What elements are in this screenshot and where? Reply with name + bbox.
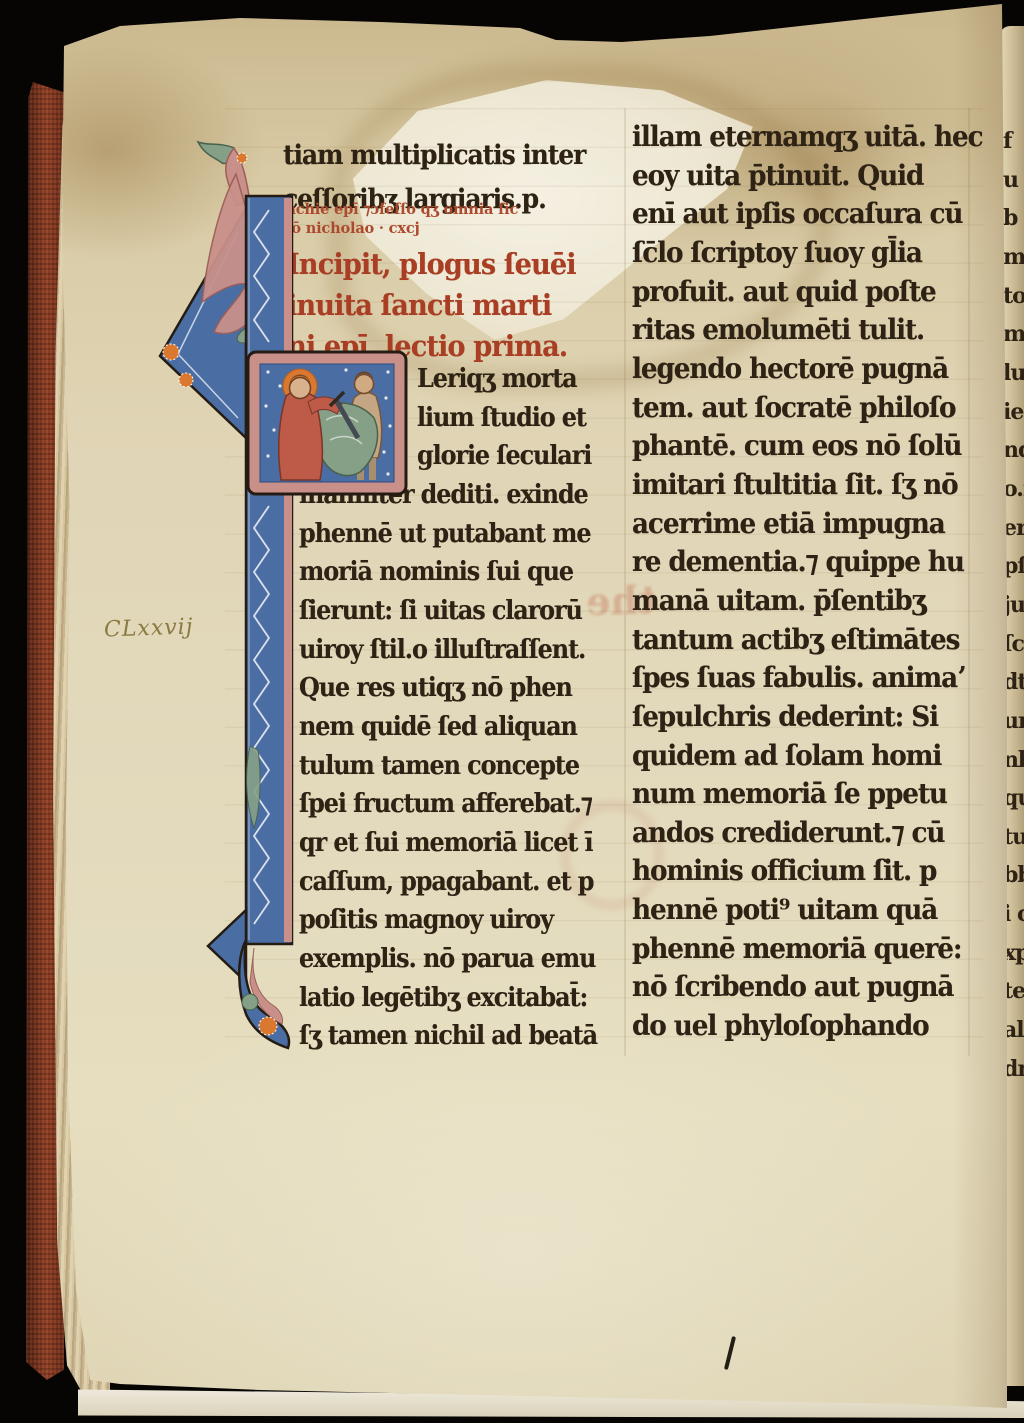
text-fragment: u [1003,161,1024,200]
manuscript-page: the CLxxvij tiam multiplicatis interceſſ… [0,0,1024,1423]
text-line: glorie ſeculari [417,437,591,476]
initial-stem [246,196,292,944]
text-line: enī aut ipſis occaſura cū [632,195,983,234]
text-line: tantum actibʒ eſtimātes [632,621,983,660]
text-line: lium ſtudio et [417,399,591,438]
text-fragment: m [1003,238,1024,277]
text-line: quidem ad ſolam homi [632,737,983,776]
initial-bowl-miniature [248,352,406,494]
text-line: ſpes ſuas fabulis. animaʼ [632,659,983,698]
text-line: ſepulchris dederint: Si [632,698,983,737]
pen-trial-mark [724,1336,736,1370]
text-fragment: ien [1003,393,1024,432]
text-line: Leriqʒ morta [417,360,591,399]
text-fragment: lul [1003,354,1024,393]
manuscript-photo: fubmtoemalulienndo.fierenpſnjuſcndteurtn… [0,0,1024,1423]
text-line: imitari ſtultitia ſit. ſʒ nō [632,466,983,505]
text-line: profuit. aut quid poſte [632,273,983,312]
left-column-indented-lines: Leriqʒ mortalium ſtudio etglorie ſecular… [417,360,591,476]
right-column-lines: illam eternamqʒ uitā. heceoy uita p̄tinu… [632,118,983,1046]
text-line: manā uitam. p̄ſentibʒ [632,582,983,621]
text-line: tem. aut ſocratē philoſo [632,389,983,428]
text-line: nō ſcribendo aut pugnā [632,968,983,1007]
text-fragment: ma [1003,315,1024,354]
text-line: do uel phyloſophando [632,1007,983,1046]
text-line: ſc̄lo ſcriptoy ſuoy gl̄ia [632,234,983,273]
text-line: ritas emolumēti tulit. [632,311,983,350]
text-fragment: f [1003,122,1024,161]
text-line: phennē memoriā querē: [632,930,983,969]
text-line: hennē poti⁹ uitam quā [632,891,983,930]
text-line: andos crediderunt.⁊ cū [632,814,983,853]
text-line: re dementia.⁊ quippe hu [632,543,983,582]
text-line: legendo hectorē pugnā [632,350,983,389]
text-line: acerrime etiā impugna [632,505,983,544]
text-line: num memoriā ſe ppetu [632,775,983,814]
text-fragment: nd [1003,431,1024,470]
text-fragment: toe [1003,277,1024,316]
illuminated-initial-p [150,140,412,1052]
text-line: eoy uita p̄tinuit. Quid [632,157,983,196]
text-line: hominis officium ſit. p [632,852,983,891]
text-line: illam eternamqʒ uitā. hec [632,118,983,157]
text-fragment: b [1003,199,1024,238]
text-line: phantē. cum eos nō ſolū [632,427,983,466]
